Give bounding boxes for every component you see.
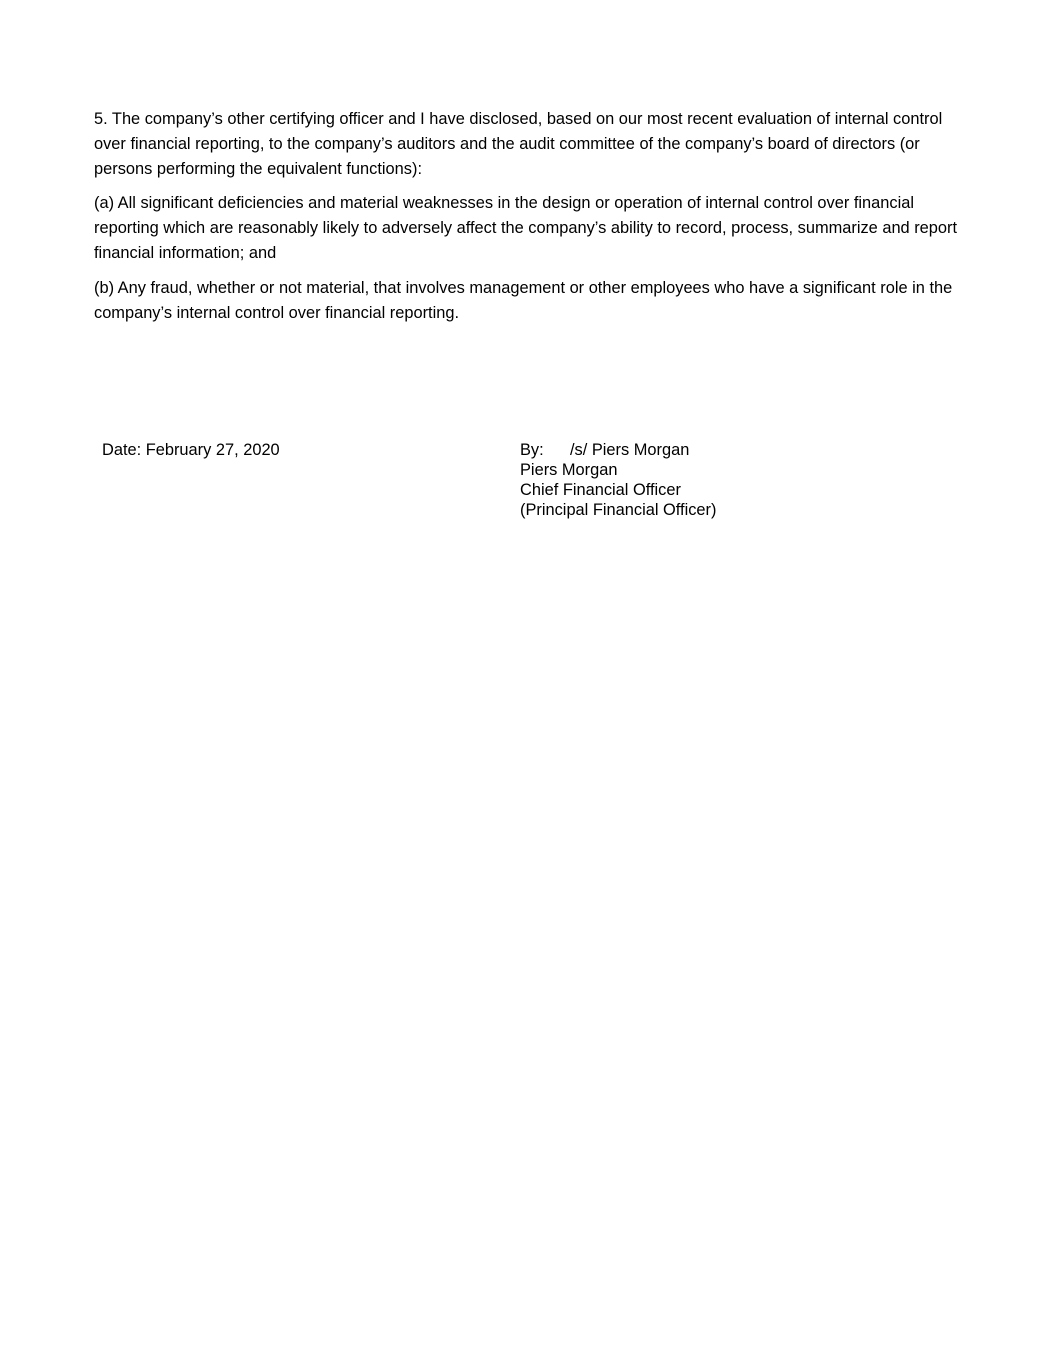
paragraph-5: 5. The company’s other certifying office… xyxy=(94,107,974,182)
paragraph-a: (a) All significant deficiencies and mat… xyxy=(94,191,974,266)
signed-name: /s/ Piers Morgan xyxy=(570,441,689,459)
by-label: By: xyxy=(520,440,570,460)
paragraph-b: (b) Any fraud, whether or not material, … xyxy=(94,276,974,326)
signature-block: By:/s/ Piers Morgan Piers Morgan Chief F… xyxy=(520,440,716,520)
signer-name: Piers Morgan xyxy=(520,460,716,480)
signer-title: Chief Financial Officer xyxy=(520,480,716,500)
signer-role: (Principal Financial Officer) xyxy=(520,500,716,520)
signature-by-row: By:/s/ Piers Morgan xyxy=(520,440,716,460)
signature-date: Date: February 27, 2020 xyxy=(102,440,280,460)
